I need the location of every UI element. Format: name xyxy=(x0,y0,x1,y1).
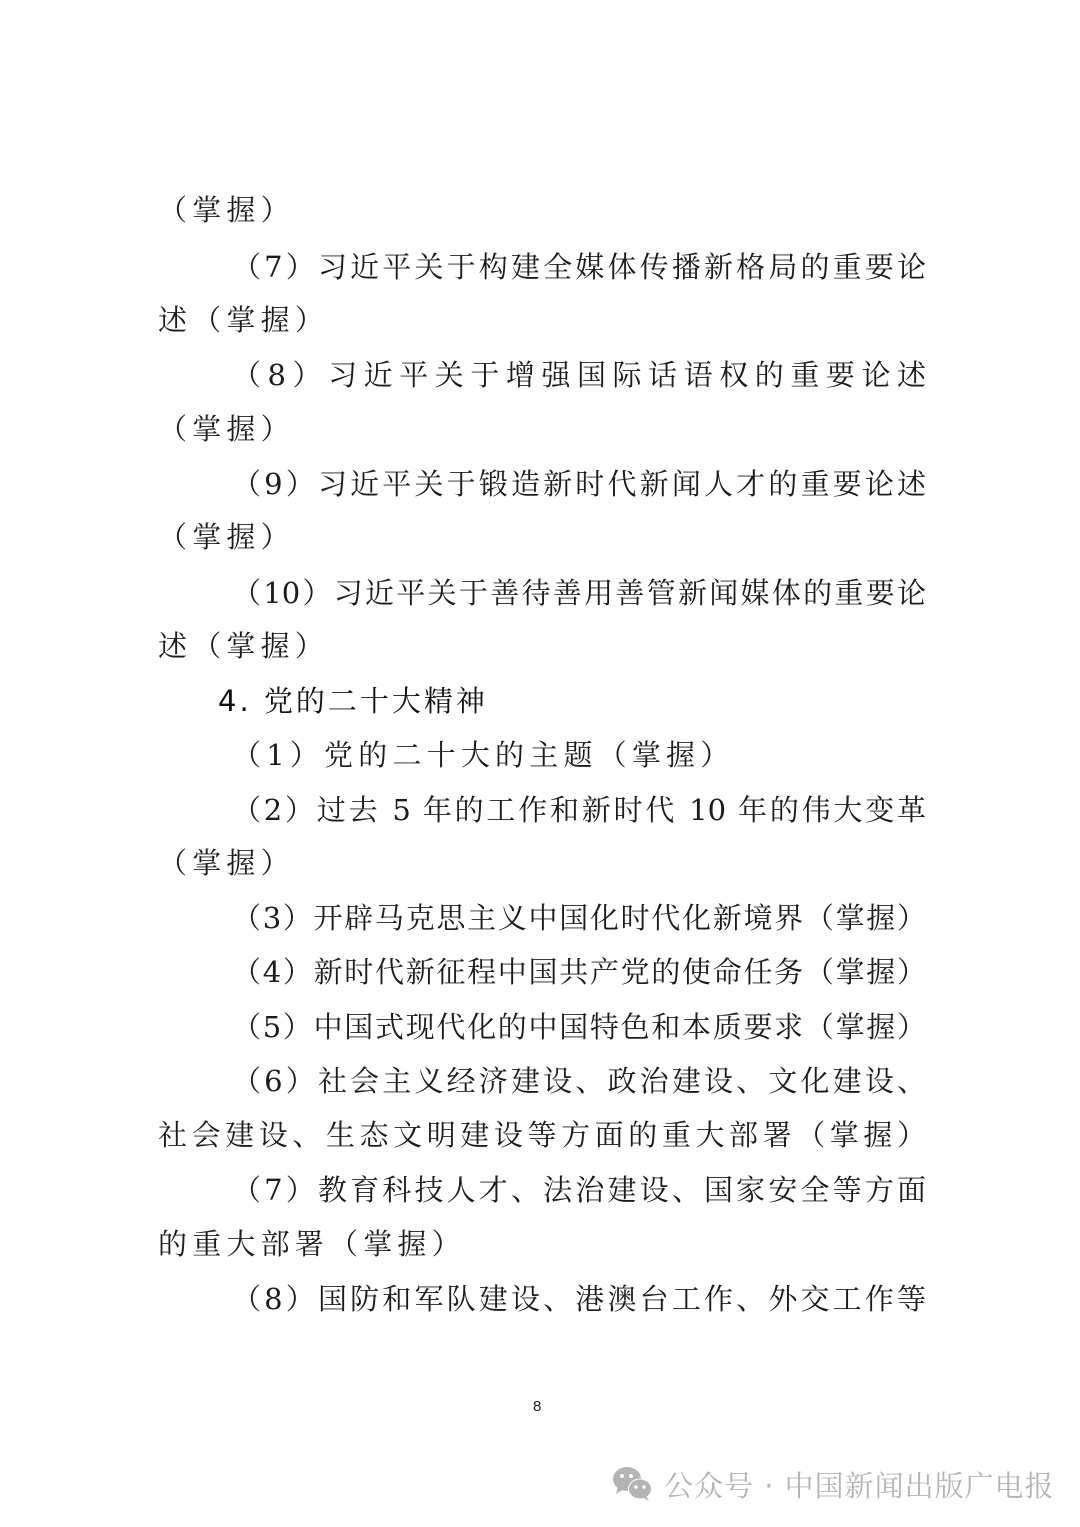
text-line: （9）习近平关于锻造新时代新闻人才的重要论述 xyxy=(232,462,926,506)
text-line: （掌握） xyxy=(158,841,926,885)
text-line: （4）新时代新征程中国共产党的使命任务（掌握） xyxy=(232,950,926,994)
text-line: 述（掌握） xyxy=(158,624,926,668)
text-line: （8）习近平关于增强国际话语权的重要论述 xyxy=(232,353,926,397)
wechat-icon xyxy=(612,1465,654,1503)
wechat-watermark: 公众号 · 中国新闻出版广电报 xyxy=(612,1462,1055,1506)
text-line: （5）中国式现代化的中国特色和本质要求（掌握） xyxy=(232,1005,926,1049)
text-line: （掌握） xyxy=(158,188,926,232)
section-heading: 4. 党的二十大精神 xyxy=(218,679,986,723)
text-line: 社会建设、生态文明建设等方面的重大部署（掌握） xyxy=(158,1113,926,1157)
text-line: （10）习近平关于善待善用善管新闻媒体的重要论 xyxy=(232,571,926,615)
text-line: （掌握） xyxy=(158,515,926,559)
text-line: （3）开辟马克思主义中国化时代化新境界（掌握） xyxy=(232,896,926,940)
text-line: 述（掌握） xyxy=(158,298,926,342)
text-line: 的重大部署（掌握） xyxy=(158,1222,926,1266)
watermark-text: 公众号 · 中国新闻出版广电报 xyxy=(664,1464,1055,1505)
page-number: 8 xyxy=(533,1398,541,1415)
document-page: （掌握）（7）习近平关于构建全媒体传播新格局的重要论述（掌握）（8）习近平关于增… xyxy=(0,0,1080,1527)
text-line: （7）教育科技人才、法治建设、国家安全等方面 xyxy=(232,1168,926,1212)
text-line: （6）社会主义经济建设、政治建设、文化建设、 xyxy=(232,1059,926,1103)
text-line: （8）国防和军队建设、港澳台工作、外交工作等 xyxy=(232,1277,926,1321)
text-line: （2）过去 5 年的工作和新时代 10 年的伟大变革 xyxy=(232,788,926,832)
text-line: （掌握） xyxy=(158,407,926,451)
text-line: （7）习近平关于构建全媒体传播新格局的重要论 xyxy=(232,245,926,289)
text-line: （1）党的二十大的主题（掌握） xyxy=(232,733,926,777)
